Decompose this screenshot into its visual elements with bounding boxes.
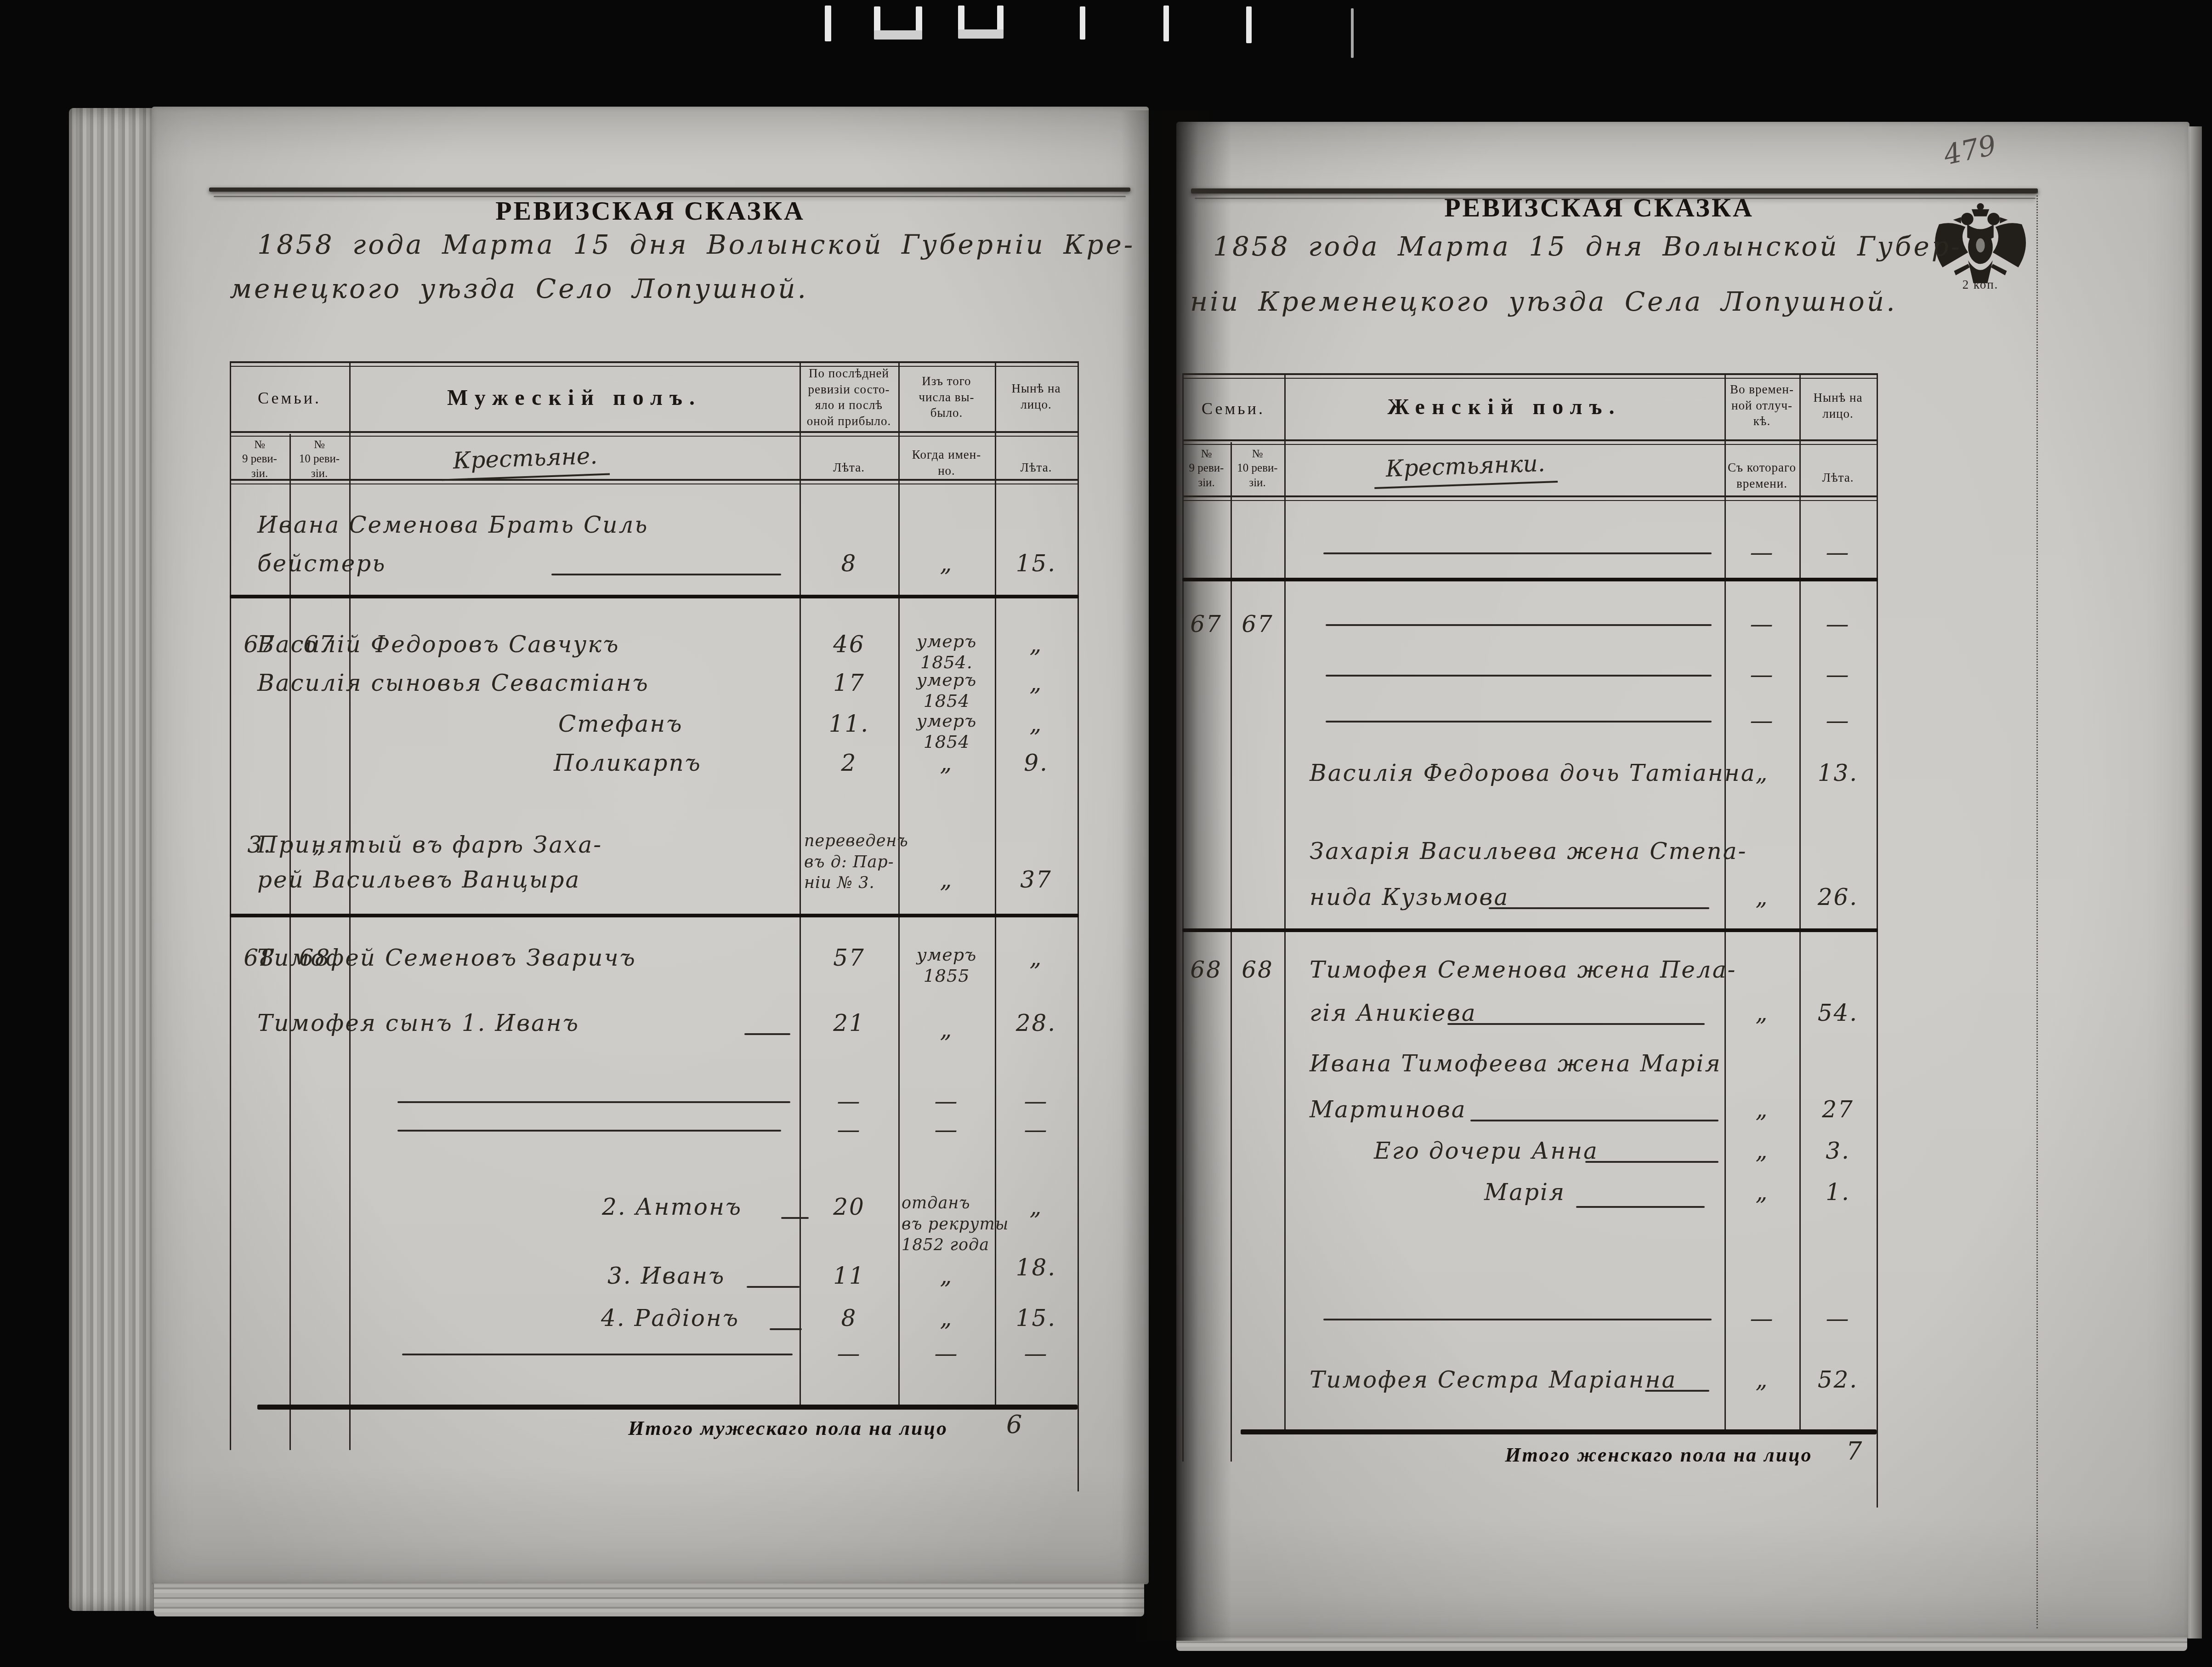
header-departed: Изъ того числа вы- было.	[899, 373, 994, 421]
ditto-dash	[1323, 1319, 1712, 1320]
header-female-sex: Женскій полъ.	[1284, 394, 1724, 420]
cell-rev: 57	[802, 944, 896, 972]
cell-name: Принятый въ фарѣ Заха-	[257, 831, 602, 859]
right-heading-line2: ніи Кременецкого уѣзда Села Лопушной.	[1190, 286, 1897, 317]
cell-now: —	[1801, 539, 1875, 567]
table-line	[230, 484, 1079, 484]
cell-c9: 67	[1183, 610, 1229, 638]
cell-name: Василій Федоровъ Савчукъ	[257, 631, 619, 659]
cell-when: „	[901, 550, 993, 578]
film-mark	[1351, 8, 1354, 58]
header-last-revision: По послѣдней ревизіи состо- яло и послѣ …	[800, 365, 897, 429]
film-mark	[1246, 6, 1252, 43]
film-mark	[825, 6, 831, 41]
right-page-title: РЕВИЗСКАЯ СКАЗКА	[1438, 192, 1760, 223]
table-line	[1877, 373, 1878, 1508]
table-line	[230, 479, 1079, 481]
cell-rev: —	[802, 1116, 896, 1144]
ditto-dash	[397, 1130, 781, 1132]
header-departed-when: Когда имен- но.	[899, 447, 994, 478]
stamp-denomination: 2 коп.	[1928, 278, 2033, 292]
table-line	[289, 434, 291, 1450]
table-line	[230, 361, 1079, 363]
cell-name: Тимофея сынъ 1. Иванъ	[257, 1009, 579, 1037]
cell-now: „	[997, 631, 1075, 659]
ditto-dash	[1576, 1206, 1705, 1208]
cell-name: Мартинова	[1310, 1096, 1467, 1124]
table-line	[1078, 361, 1079, 1491]
cell-when: отданъ въ рекруты 1852 года	[902, 1193, 1009, 1256]
ditto-dash	[747, 1286, 800, 1288]
table-bottom-rule	[1241, 1429, 1877, 1434]
ditto-dash	[1470, 1120, 1719, 1121]
film-mark	[1080, 6, 1085, 40]
cell-rev: 46	[802, 631, 896, 659]
table-line	[1182, 378, 1878, 379]
cell-name: Захарія Васильева жена Степа-	[1310, 837, 1747, 865]
header-family: Семьи.	[230, 388, 349, 408]
ditto-dash	[1326, 721, 1712, 723]
ditto-dash	[744, 1033, 790, 1035]
header-absent-since: Съ котораго времени.	[1725, 460, 1798, 491]
header-present: Нынѣ на лицо.	[1800, 390, 1876, 421]
cell-when: умеръ 1854	[901, 669, 993, 712]
header-present-years: Лѣта.	[1800, 470, 1876, 486]
cell-c9: 68	[1183, 956, 1229, 984]
cell-when: „	[1727, 1096, 1798, 1124]
cell-when: „	[1727, 1366, 1798, 1394]
left-heading-line1: 1858 года Марта 15 дня Волынской Губерні…	[257, 229, 1135, 260]
header-peasants-handwritten: Крестьяне.	[441, 442, 610, 481]
cell-rev: переведенъ въ д: Пар- ніи № 3.	[804, 831, 908, 894]
table-line	[1231, 442, 1232, 1462]
right-heading-line1: 1858 года Марта 15 дня Волынской Губер-	[1213, 231, 1962, 262]
table-line	[230, 436, 1079, 437]
header-present: Нынѣ на лицо.	[996, 381, 1077, 412]
cell-name: Стефанъ	[558, 710, 683, 738]
cell-now: 1.	[1801, 1178, 1875, 1206]
left-page-top-rule	[209, 188, 1130, 192]
cell-now: 52.	[1801, 1366, 1875, 1394]
cell-rev: 20	[802, 1193, 896, 1221]
ditto-dash	[1489, 907, 1709, 909]
cell-when: умеръ 1854	[901, 710, 993, 753]
cell-when: „	[1727, 883, 1798, 911]
cell-when: —	[1727, 661, 1798, 689]
table-bottom-rule	[257, 1405, 1078, 1410]
ditto-dash	[1645, 1390, 1709, 1392]
cell-when: —	[1727, 1305, 1798, 1333]
header-present-years: Лѣта.	[996, 460, 1077, 476]
ditto-dash	[402, 1354, 793, 1355]
cell-now: „	[997, 944, 1075, 972]
cell-now: —	[1801, 610, 1875, 638]
table-line	[230, 366, 1079, 367]
ditto-dash	[551, 574, 781, 575]
cell-now: „	[997, 1193, 1075, 1221]
table-line	[230, 431, 1079, 433]
cell-now: —	[1801, 707, 1875, 735]
table-line	[1724, 373, 1726, 1430]
table-line	[1182, 373, 1878, 375]
cell-name: Тимофея Сестра Маріанна	[1310, 1366, 1677, 1394]
cell-when: „	[901, 1016, 993, 1044]
ditto-dash	[770, 1328, 802, 1330]
cell-name: бейстерь	[257, 550, 386, 578]
table-line	[230, 361, 231, 1450]
left-footer-total: 6	[1006, 1410, 1022, 1439]
cell-now: 37	[997, 866, 1075, 894]
header-family: Семьи.	[1182, 399, 1284, 418]
cell-when: —	[1727, 707, 1798, 735]
cell-name: Тимофей Семеновъ Зваричъ	[257, 944, 636, 972]
cell-now: 54.	[1801, 999, 1875, 1027]
cell-when: —	[901, 1116, 993, 1144]
cell-when: „	[1727, 999, 1798, 1027]
cell-now: —	[997, 1340, 1075, 1368]
cell-name: Его дочери Анна	[1374, 1137, 1599, 1165]
cell-now: 3.	[1801, 1137, 1875, 1165]
cell-when: —	[1727, 539, 1798, 567]
cell-now: 18.	[997, 1254, 1075, 1282]
cell-when: —	[1727, 610, 1798, 638]
cell-rev: 11.	[802, 710, 896, 738]
ditto-dash	[397, 1101, 790, 1103]
cell-name: рей Васильевъ Ванцыра	[257, 866, 580, 894]
left-footer-label: Итого мужескаго пола на лицо	[570, 1417, 1006, 1440]
cell-name: 3. Иванъ	[607, 1262, 725, 1290]
table-line	[1182, 444, 1878, 445]
table-line	[1182, 495, 1878, 497]
ditto-dash	[1326, 675, 1712, 677]
cell-name: 4. Радіонъ	[601, 1304, 739, 1332]
cell-name: Ивана Семенова Брать Силь	[257, 511, 649, 539]
cell-when: „	[1727, 1178, 1798, 1206]
cell-when: „	[901, 749, 993, 777]
book-page-stack-bottom-left	[154, 1583, 1144, 1616]
cell-when: „	[901, 1262, 993, 1290]
cell-when: —	[901, 1340, 993, 1368]
cell-now: —	[1801, 1305, 1875, 1333]
cell-name: нида Кузьмова	[1310, 883, 1509, 911]
right-footer-label: Итого женскаго пола на лицо	[1484, 1443, 1833, 1467]
cell-now: —	[997, 1087, 1075, 1115]
header-male-sex: Мужескій полъ.	[349, 385, 800, 410]
cell-now: 15.	[997, 550, 1075, 578]
cell-name: Ивана Тимофеева жена Марія	[1310, 1050, 1722, 1078]
family-separator-rule	[1182, 928, 1878, 932]
cell-c10: 68	[1232, 956, 1283, 984]
header-rev10: № 10 реви- зіи.	[1231, 447, 1284, 490]
cell-now: 9.	[997, 749, 1075, 777]
cell-now: 26.	[1801, 883, 1875, 911]
ditto-dash	[1326, 624, 1712, 626]
cell-when: умеръ 1854.	[901, 631, 993, 673]
header-rev9: № 9 реви- зіи.	[230, 438, 289, 481]
cell-when: „	[901, 866, 993, 894]
family-separator-rule	[230, 914, 1079, 917]
cell-rev: —	[802, 1340, 896, 1368]
table-line	[1799, 373, 1801, 1430]
table-line	[1182, 500, 1878, 501]
cell-rev: 8	[802, 550, 896, 578]
left-page-title: РЕВИЗСКАЯ СКАЗКА	[489, 195, 811, 226]
cell-now: 28.	[997, 1009, 1075, 1037]
cell-rev: 17	[802, 669, 896, 697]
book-page-stack-left	[69, 108, 154, 1611]
cell-now: „	[997, 710, 1075, 738]
cell-rev: 11	[802, 1262, 896, 1290]
cell-now: —	[997, 1116, 1075, 1144]
header-rev10: № 10 реви- зіи.	[289, 438, 349, 481]
cell-name: Тимофея Семенова жена Пела-	[1310, 956, 1736, 984]
cell-when: „	[1727, 759, 1798, 787]
cell-now: „	[997, 669, 1075, 697]
cell-when: —	[901, 1087, 993, 1115]
header-peasants-handwritten: Крестьянки.	[1373, 449, 1558, 489]
table-line	[800, 361, 801, 1407]
cell-name: Марія	[1484, 1178, 1565, 1206]
microfilm-scan: 479 2 коп. РЕВИЗСКАЯ СКАЗКА 18	[0, 0, 2212, 1667]
cell-rev: 2	[802, 749, 896, 777]
family-separator-rule	[1182, 578, 1878, 581]
cell-now: —	[1801, 661, 1875, 689]
cell-when: „	[1727, 1137, 1798, 1165]
book-page-edge-right	[2188, 126, 2202, 1639]
table-line	[1182, 439, 1878, 441]
cell-rev: 21	[802, 1009, 896, 1037]
film-mark	[958, 29, 1004, 39]
table-line	[1182, 373, 1184, 1462]
cell-now: 13.	[1801, 759, 1875, 787]
cell-now: 15.	[997, 1304, 1075, 1332]
cell-rev: —	[802, 1087, 896, 1115]
cell-name: Василія Федорова дочь Татіанна	[1310, 759, 1756, 787]
cell-name: Поликарпъ	[554, 749, 702, 777]
ditto-dash	[1323, 552, 1712, 554]
cell-now: 27	[1801, 1096, 1875, 1124]
ditto-dash	[1447, 1023, 1705, 1025]
header-last-revision-years: Лѣта.	[800, 460, 897, 476]
family-separator-rule	[230, 595, 1079, 598]
right-page-frame-dotted-line	[2036, 192, 2038, 1628]
book-page-stack-bottom-right	[1176, 1637, 2187, 1651]
film-mark	[874, 30, 922, 40]
left-heading-line2: менецкого уѣзда Село Лопушной.	[230, 273, 808, 304]
header-absent: Во времен- ной отлуч- кѣ.	[1725, 381, 1798, 429]
cell-when: умеръ 1855	[901, 944, 993, 987]
cell-name: 2. Антонъ	[602, 1193, 742, 1221]
film-mark	[1163, 6, 1169, 41]
cell-rev: 8	[802, 1304, 896, 1332]
right-footer-total: 7	[1846, 1437, 1862, 1466]
header-rev9: № 9 реви- зіи.	[1182, 447, 1231, 490]
cell-c10: 67	[1232, 610, 1283, 638]
table-line	[1284, 373, 1286, 1430]
cell-name: Василія сыновья Севастіанъ	[257, 669, 649, 697]
cell-when: „	[901, 1304, 993, 1332]
book-gutter	[1121, 110, 1231, 1641]
ditto-dash	[1585, 1161, 1719, 1163]
